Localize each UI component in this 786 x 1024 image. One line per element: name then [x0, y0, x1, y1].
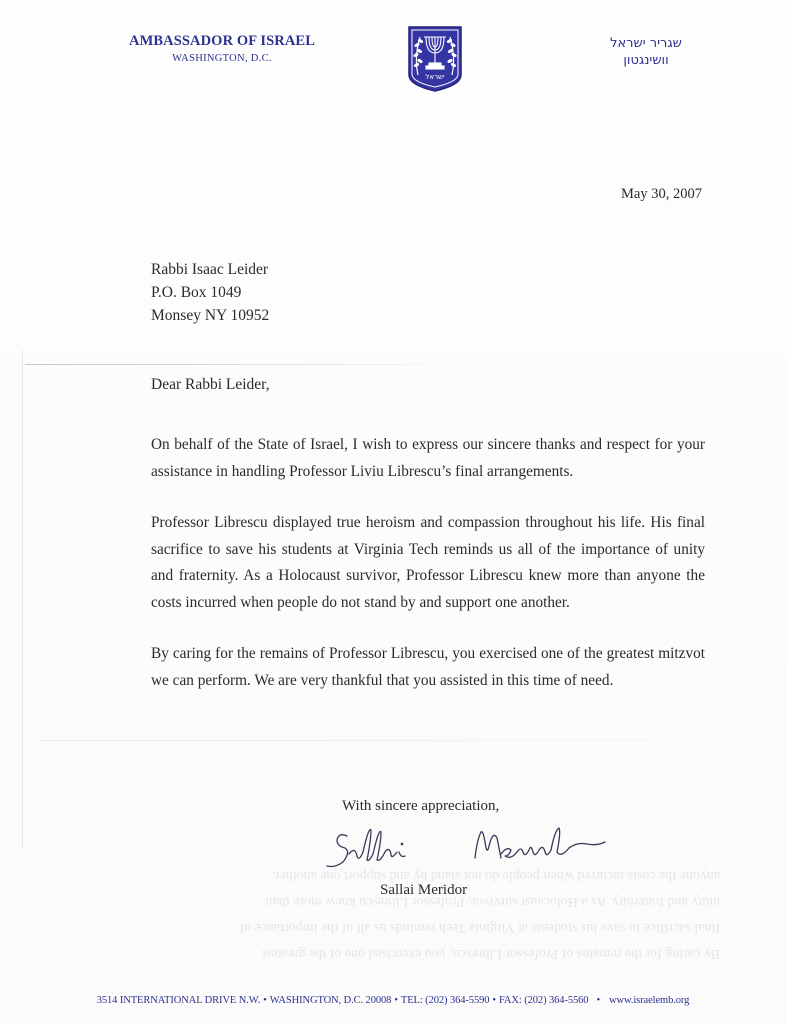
letterhead-english: AMBASSADOR OF ISRAEL WASHINGTON, D.C.: [127, 33, 317, 64]
body-paragraph-2: Professor Librescu displayed true herois…: [151, 510, 705, 616]
footer-tel: TEL: (202) 364-5590: [401, 995, 490, 1006]
recipient-name: Rabbi Isaac Leider: [151, 258, 269, 281]
signature-icon: [325, 822, 625, 874]
show-through-text: By caring for the remains of Professor L…: [160, 862, 720, 966]
salutation: Dear Rabbi Leider,: [151, 376, 270, 394]
letterhead-footer: 3514 INTERNATIONAL DRIVE N.W.•WASHINGTON…: [0, 995, 786, 1006]
recipient-address-line1: P.O. Box 1049: [151, 281, 269, 304]
letterhead-hebrew-title: שגריר ישראל: [596, 35, 696, 52]
letter-date: May 30, 2007: [621, 186, 702, 203]
footer-city: WASHINGTON, D.C. 20008: [270, 995, 392, 1006]
scan-edge-line: [22, 350, 23, 850]
scan-fold-line: [25, 364, 425, 365]
svg-text:ישראל: ישראל: [425, 73, 445, 81]
letterhead-hebrew: שגריר ישראל וושינגטון: [596, 35, 696, 69]
closing: With sincere appreciation,: [342, 798, 499, 815]
recipient-address: Rabbi Isaac Leider P.O. Box 1049 Monsey …: [151, 258, 269, 327]
body-paragraph-1: On behalf of the State of Israel, I wish…: [151, 432, 705, 485]
letterhead-title: AMBASSADOR OF ISRAEL: [127, 33, 317, 50]
footer-address: 3514 INTERNATIONAL DRIVE N.W.: [97, 995, 260, 1006]
body-paragraph-3: By caring for the remains of Professor L…: [151, 641, 705, 694]
recipient-address-line2: Monsey NY 10952: [151, 304, 269, 327]
footer-fax: FAX: (202) 364-5560: [499, 995, 588, 1006]
letterhead-hebrew-location: וושינגטון: [596, 52, 696, 69]
letter-page: AMBASSADOR OF ISRAEL WASHINGTON, D.C.: [0, 0, 786, 1024]
emblem-of-israel-icon: ישראל: [407, 25, 463, 93]
scan-fold-line: [40, 740, 760, 741]
letterhead-location: WASHINGTON, D.C.: [127, 53, 317, 64]
footer-website-link[interactable]: www.israelemb.org: [609, 995, 689, 1006]
signer-name: Sallai Meridor: [380, 882, 467, 899]
